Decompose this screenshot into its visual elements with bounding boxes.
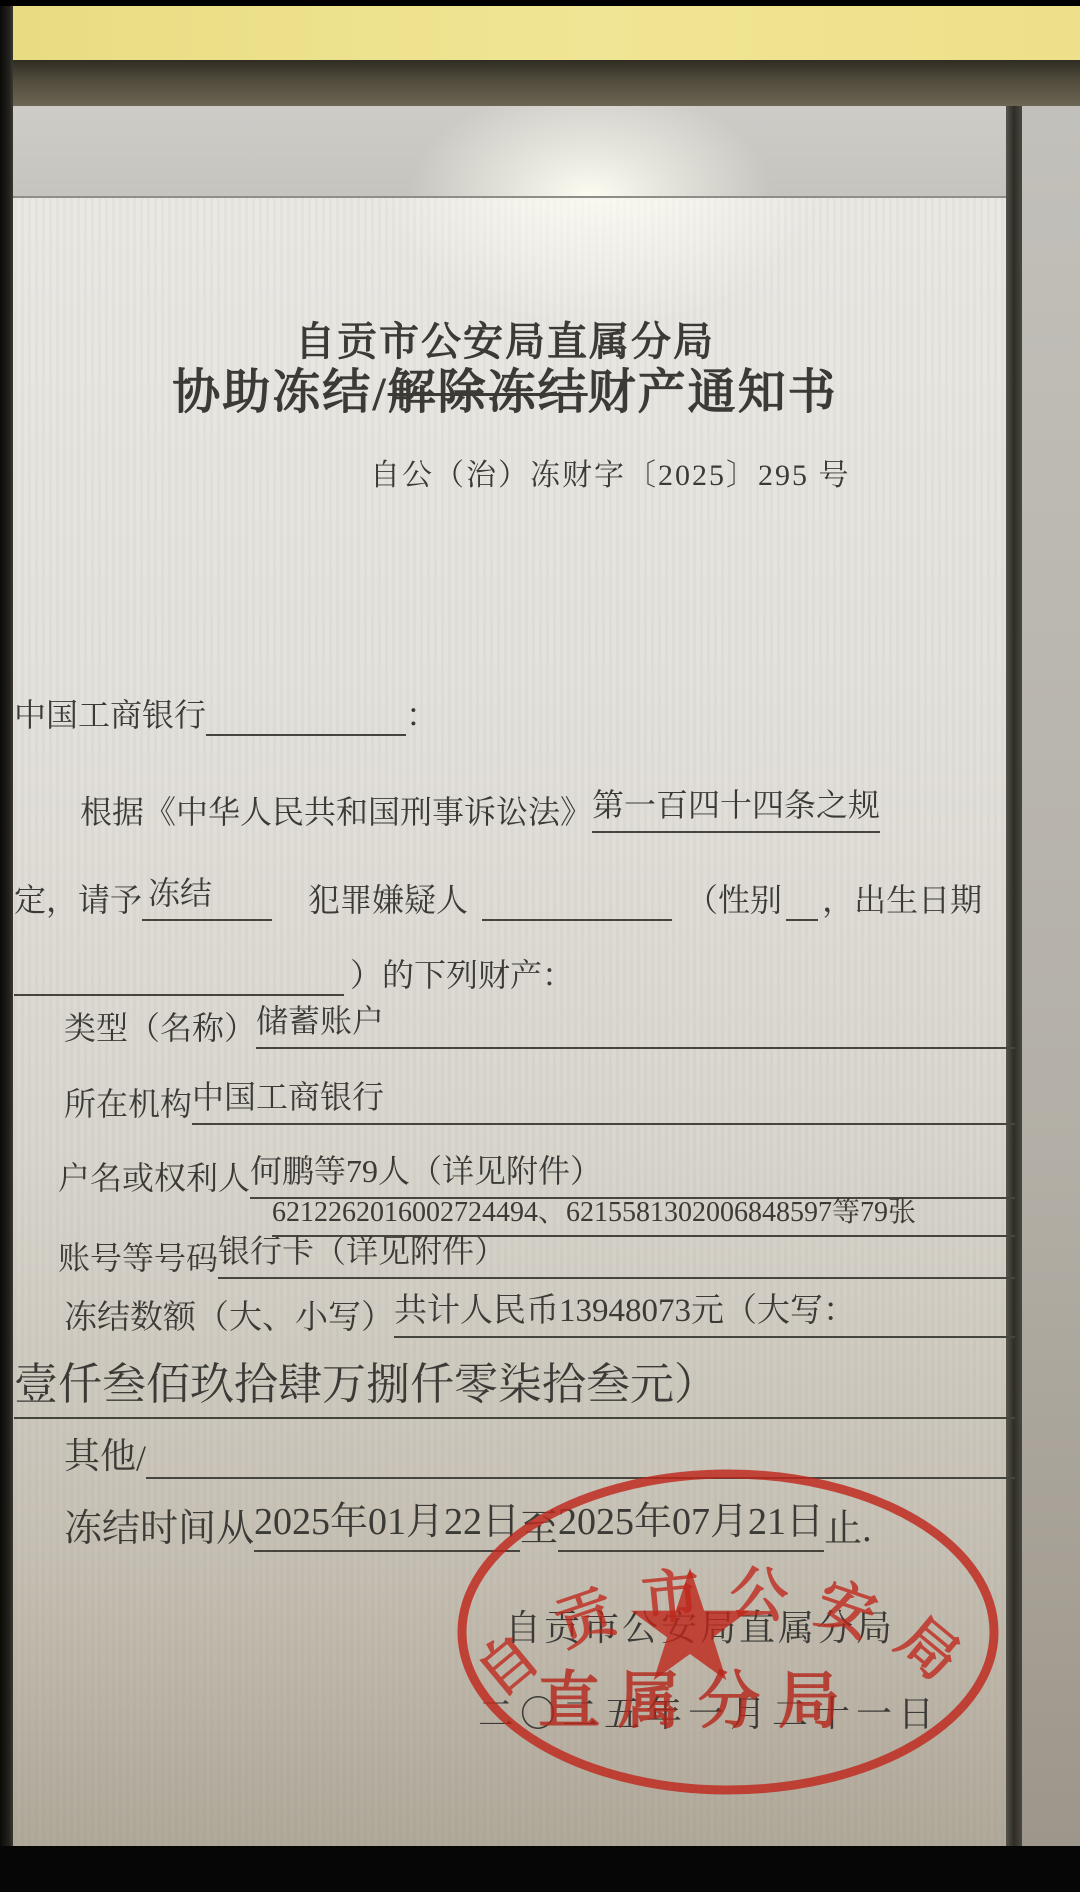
field-institution-value: 中国工商银行 xyxy=(192,1072,384,1125)
clause-article-underlined: 第一百四十四条之规 xyxy=(592,780,880,833)
screen-bezel xyxy=(0,60,1080,106)
field-account-row: 账号等号码 银行卡（详见附件） xyxy=(58,1226,1015,1279)
seal-banner-text: 直属分局 xyxy=(538,1667,858,1736)
clause-line3: ）的下列财产： xyxy=(14,950,574,996)
addressee-blank xyxy=(206,724,406,736)
suspect-name-blank xyxy=(482,909,672,921)
document-number-text: 自公（治）冻财字〔2025〕295 号 xyxy=(370,450,851,494)
freeze-notice-document: 自贡市公安局直属分局 协助冻结/解除冻结财产通知书 自公（治）冻财字〔2025〕… xyxy=(0,198,1080,1846)
official-seal: 自贡市公安局 直属分局 xyxy=(440,1460,1018,1820)
addressee-colon: ： xyxy=(406,690,438,736)
field-amount-label: 冻结数额（大、小写） xyxy=(64,1291,394,1338)
clause-line2-start: 定，请予 xyxy=(14,875,142,921)
field-amount-blank xyxy=(856,1326,1015,1338)
field-amount-caps-row: 壹仟叁佰玖拾肆万捌仟零柒拾叁元） xyxy=(14,1348,1015,1419)
clause-line3-end: ）的下列财产： xyxy=(350,950,574,996)
title-slash: / xyxy=(372,367,387,422)
clause-action-on-blank: 冻结 xyxy=(142,868,272,921)
field-other-slash: / xyxy=(136,1437,146,1479)
clause-basis: 根据《中华人民共和国刑事诉讼法》 xyxy=(80,787,592,833)
addressee-line: 中国工商银行 ： xyxy=(14,690,1015,736)
field-amount-caps-value: 壹仟叁佰玖拾肆万捌仟零柒拾叁元） xyxy=(14,1348,718,1419)
title-struck-option: 解除冻结 xyxy=(388,353,588,422)
screen-top-band xyxy=(0,106,1080,198)
field-amount-value: 共计人民币13948073元（大写： xyxy=(394,1284,856,1338)
field-account-label: 账号等号码 xyxy=(58,1233,218,1279)
field-institution-label: 所在机构 xyxy=(64,1079,192,1125)
title-suffix: 财产通知书 xyxy=(588,353,838,422)
addressee-name: 中国工商银行 xyxy=(14,690,206,736)
field-account-value-line2: 银行卡（详见附件） xyxy=(218,1226,506,1279)
field-account-blank2 xyxy=(506,1267,1015,1279)
clause-line2: 定，请予 冻结 犯罪嫌疑人 （性别 ，出生日期 xyxy=(14,868,1015,921)
gender-blank xyxy=(786,909,818,921)
clause-gender-label: （性别 xyxy=(686,875,782,921)
field-other-label: 其他 xyxy=(64,1428,136,1479)
field-institution-blank xyxy=(384,1113,1015,1125)
document-number: 自公（治）冻财字〔2025〕295 号 xyxy=(370,450,851,494)
period-prefix: 冻结时间从 xyxy=(64,1497,254,1552)
field-type-value: 储蓄账户 xyxy=(256,996,384,1049)
field-holder-label: 户名或权利人 xyxy=(58,1153,250,1199)
field-amount-caps-blank xyxy=(718,1407,1015,1419)
title-prefix: 协助冻结 xyxy=(172,353,372,422)
clause-dob-label: ，出生日期 xyxy=(822,875,982,921)
dob-blank xyxy=(14,984,344,996)
field-amount-row: 冻结数额（大、小写） 共计人民币13948073元（大写： xyxy=(64,1284,1015,1338)
document-title: 协助冻结/解除冻结财产通知书 xyxy=(0,353,1010,422)
clause-suspect-label: 犯罪嫌疑人 xyxy=(308,875,468,921)
field-type-label: 类型（名称） xyxy=(64,1003,256,1049)
desk-background xyxy=(0,6,1080,60)
clause-line1: 根据《中华人民共和国刑事诉讼法》第一百四十四条之规 xyxy=(80,780,880,833)
field-type-blank xyxy=(384,1037,1015,1049)
photo-bottom-border xyxy=(0,1846,1080,1892)
field-institution-row: 所在机构 中国工商银行 xyxy=(64,1072,1015,1125)
field-type-row: 类型（名称） 储蓄账户 xyxy=(64,996,1015,1049)
